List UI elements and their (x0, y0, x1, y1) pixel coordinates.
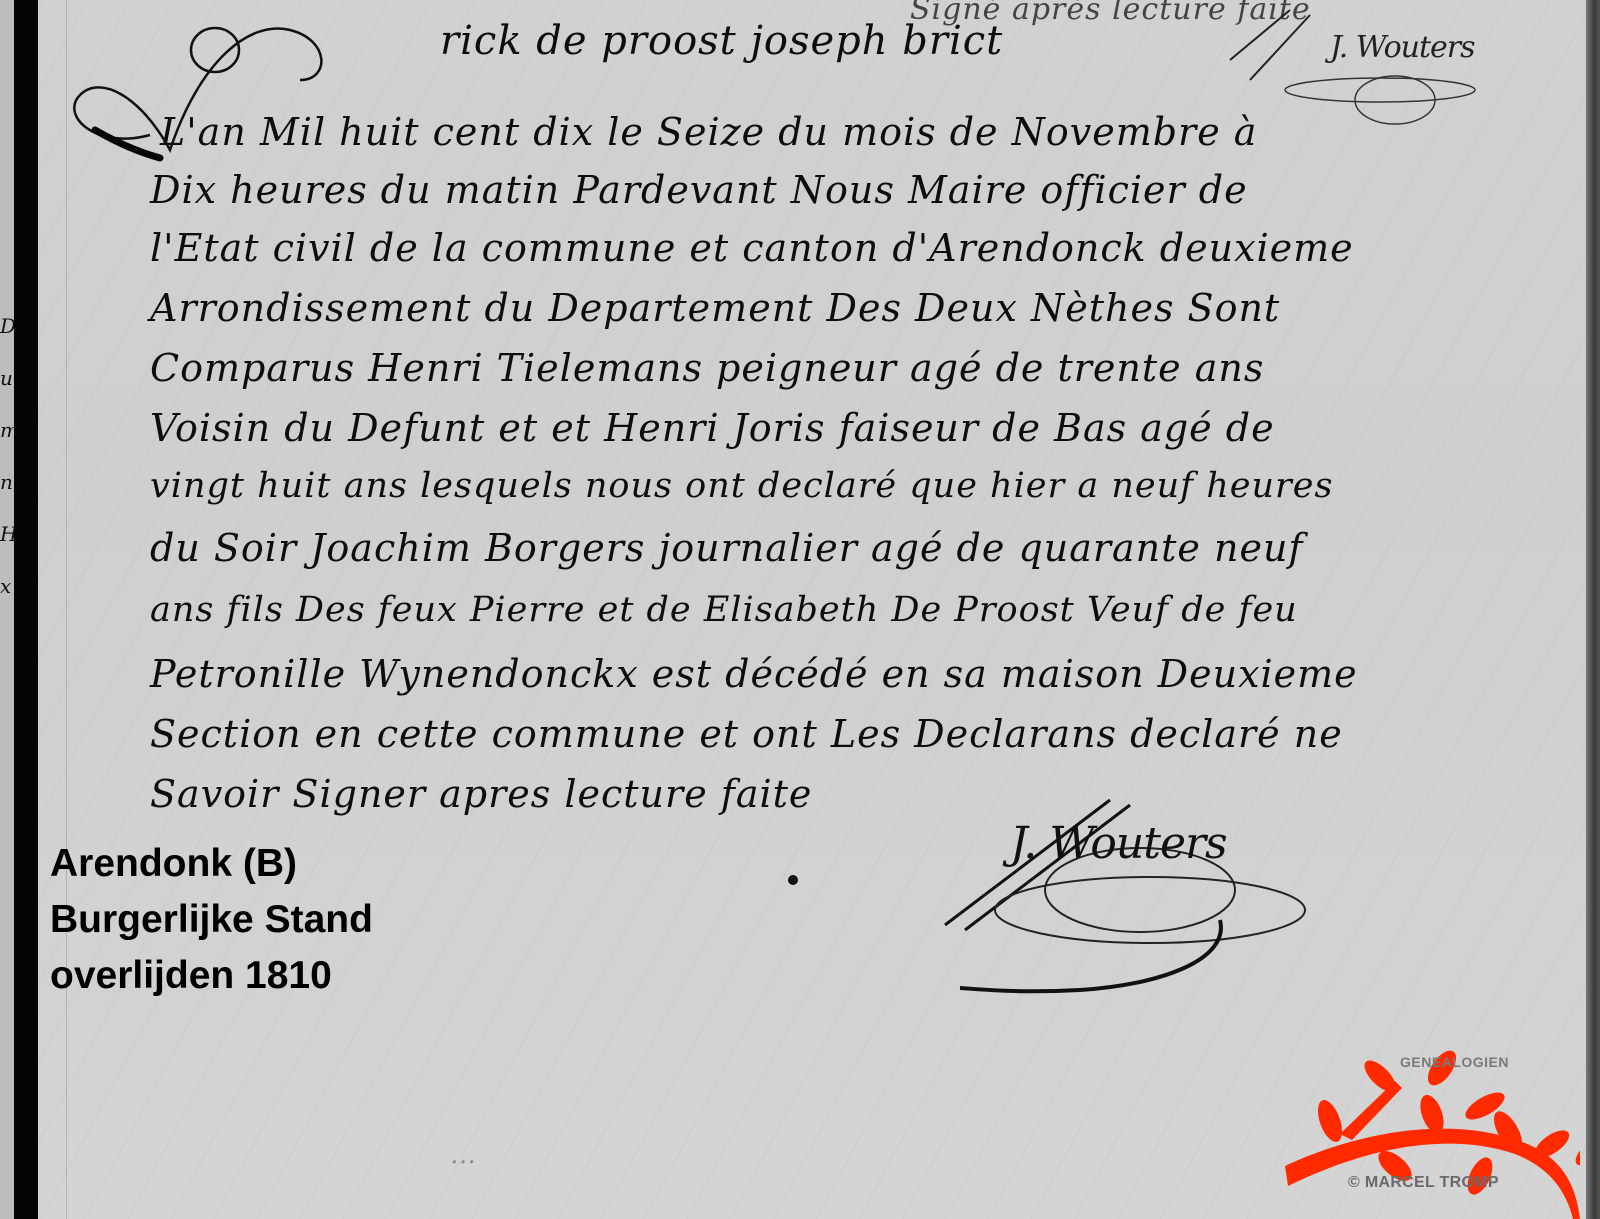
previous-entry-signature: J. Wouters (1330, 30, 1475, 65)
record-line-9: ans fils Des feux Pierre et de Elisabeth… (150, 590, 1298, 630)
margin-fragment: H (0, 508, 14, 560)
record-line-10: Petronille Wynendonckx est décédé en sa … (150, 652, 1358, 696)
caption-register: Burgerlijke Stand (50, 892, 373, 948)
record-line-6: Voisin du Defunt et et Henri Joris faise… (150, 406, 1275, 450)
previous-entry-line: rick de proost joseph brict (440, 18, 1003, 64)
caption-record-type-year: overlijden 1810 (50, 948, 373, 1004)
record-line-7: vingt huit ans lesquels nous ont declaré… (150, 466, 1333, 506)
record-line-11: Section en cette commune et ont Les Decl… (150, 712, 1343, 756)
margin-rule-line (66, 0, 67, 1219)
record-line-12: Savoir Signer apres lecture faite (150, 772, 812, 816)
mayor-signature: J. Wouters (1010, 818, 1227, 869)
record-line-8: du Soir Joachim Borgers journalier agé d… (150, 526, 1304, 570)
adjacent-page-margin-fragments: De u' m nu H x (0, 300, 14, 612)
record-line-1: L'an Mil huit cent dix le Seize du mois … (160, 110, 1257, 154)
archive-caption: Arendonk (B) Burgerlijke Stand overlijde… (50, 836, 373, 1004)
margin-fragment: x (0, 560, 14, 612)
page-right-edge (1586, 0, 1600, 1219)
margin-fragment: m (0, 404, 14, 456)
record-line-5: Comparus Henri Tielemans peigneur agé de… (150, 346, 1264, 390)
watermark-copyright: © MARCEL TROMP (1348, 1174, 1499, 1192)
book-binding-shadow (14, 0, 38, 1219)
record-line-3: l'Etat civil de la commune et canton d'A… (150, 226, 1354, 270)
record-line-4: Arrondissement du Departement Des Deux N… (150, 286, 1280, 330)
bleed-through-text: … (450, 1140, 479, 1170)
margin-fragment: De (0, 300, 14, 352)
margin-fragment: u' (0, 352, 14, 404)
margin-fragment: nu (0, 456, 14, 508)
record-line-2: Dix heures du matin Pardevant Nous Maire… (150, 168, 1248, 212)
caption-place: Arendonk (B) (50, 836, 373, 892)
watermark-brand: GENEALOGIEN (1400, 1054, 1509, 1070)
